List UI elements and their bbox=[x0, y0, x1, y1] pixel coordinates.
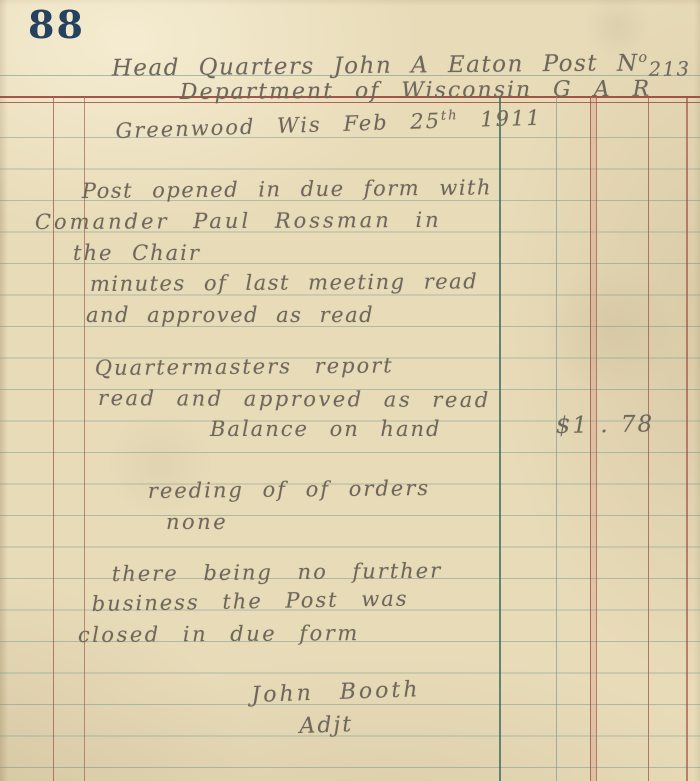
balance-amount: $1 . 78 bbox=[555, 409, 654, 441]
line-orders: reeding of of orders bbox=[148, 473, 431, 506]
line-the-chair: the Chair bbox=[73, 238, 201, 268]
line-balance: Balance on hand bbox=[210, 414, 441, 444]
line-qm-approved: read and approved as read bbox=[98, 383, 491, 415]
page-number: 88 bbox=[28, 2, 85, 47]
date-suffix: th bbox=[441, 108, 459, 124]
line-orders-none: none bbox=[166, 507, 228, 537]
column-line-teal bbox=[499, 97, 501, 781]
header-post-number: 213 bbox=[649, 57, 691, 80]
line-minutes-approved: and approved as read bbox=[86, 300, 374, 330]
column-line-red-edge bbox=[686, 97, 688, 781]
line-minutes-read: minutes of last meeting read bbox=[90, 266, 478, 299]
header-no-label: No bbox=[617, 50, 649, 76]
ledger-page: 88 Head Quarters John A Eaton Post No213… bbox=[0, 0, 700, 781]
line-post-opened: Post opened in due form with bbox=[82, 172, 492, 206]
signature-title: Adjt bbox=[299, 710, 354, 742]
line-commander: Comander Paul Rossman in bbox=[35, 205, 442, 237]
line-business: business the Post was bbox=[91, 583, 408, 619]
line-closed: closed in due form bbox=[78, 618, 360, 650]
date-year: 1911 bbox=[480, 106, 542, 132]
margin-line-left-outer bbox=[53, 97, 54, 781]
signature-name: John Booth bbox=[251, 675, 421, 711]
line-qm-report: Quartermasters report bbox=[95, 350, 394, 383]
